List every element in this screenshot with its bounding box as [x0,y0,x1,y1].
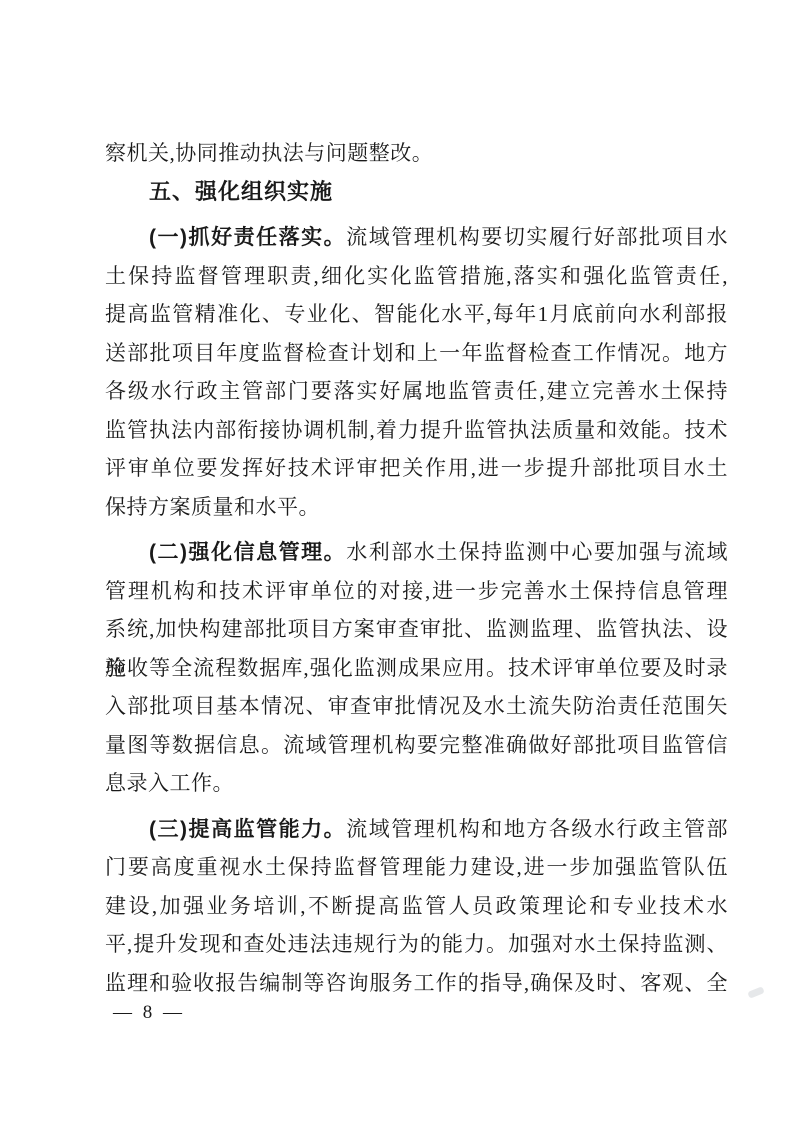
text-line: 管理机构和技术评审单位的对接,进一步完善水土保持信息管理 [105,572,728,611]
text-line-text: 水利部水土保持监测中心要加强与流域 [346,540,728,564]
scan-smudge-artifact [747,986,764,998]
paragraph-start-line: (一)抓好责任落实。流域管理机构要切实履行好部批项目水 [105,218,728,257]
text-line-text: 流域管理机构和地方各级水行政主管部 [346,817,728,841]
text-line: 土保持监督管理职责,细化实化监管措施,落实和强化监管责任, [105,257,728,296]
section-heading: 五、强化组织实施 [105,173,728,212]
text-line-text: 察机关,协同推动执法与问题整改。 [105,141,433,165]
text-line: 量图等数据信息。流域管理机构要完整准确做好部批项目监管信 [105,726,728,765]
text-line: 入部批项目基本情况、审查审批情况及水土流失防治责任范围矢 [105,687,728,726]
text-line: 各级水行政主管部门要落实好属地监管责任,建立完善水土保持 [105,372,728,411]
paragraph-end-line: 保持方案质量和水平。 [105,488,728,527]
document-page: 察机关,协同推动执法与问题整改。 五、强化组织实施 (一)抓好责任落实。流域管理… [0,0,800,1135]
text-line: 监理和验收报告编制等咨询服务工作的指导,确保及时、客观、全 [105,964,728,1003]
text-line: 提高监管精准化、专业化、智能化水平,每年1月底前向水利部报 [105,295,728,334]
text-line: 门要高度重视水土保持监督管理能力建设,进一步加强监管队伍 [105,848,728,887]
document-body: 察机关,协同推动执法与问题整改。 五、强化组织实施 (一)抓好责任落实。流域管理… [105,134,728,1002]
text-line: 监管执法内部衔接协调机制,着力提升监管执法质量和效能。技术 [105,411,728,450]
paragraph-end-line: 息录入工作。 [105,764,728,803]
text-line-text: 流域管理机构要切实履行好部批项目水 [346,225,728,249]
paragraph-lead: (二)强化信息管理。 [149,541,346,564]
text-line: 平,提升发现和查处违法违规行为的能力。加强对水土保持监测、 [105,925,728,964]
paragraph-start-line: (三)提高监管能力。流域管理机构和地方各级水行政主管部 [105,810,728,849]
text-line: 察机关,协同推动执法与问题整改。 [105,134,728,173]
text-line: 系统,加快构建部批项目方案审查审批、监测监理、监管执法、设施 [105,610,728,649]
paragraph-lead: (一)抓好责任落实。 [149,226,346,249]
text-line: 送部批项目年度监督检查计划和上一年监督检查工作情况。地方 [105,334,728,373]
page-number: — 8 — [113,1002,185,1024]
paragraph-start-line: (二)强化信息管理。水利部水土保持监测中心要加强与流域 [105,533,728,572]
paragraph-lead: (三)提高监管能力。 [149,818,346,841]
text-line: 建设,加强业务培训,不断提高监管人员政策理论和专业技术水 [105,887,728,926]
text-line: 验收等全流程数据库,强化监测成果应用。技术评审单位要及时录 [105,649,728,688]
text-line: 评审单位要发挥好技术评审把关作用,进一步提升部批项目水土 [105,449,728,488]
